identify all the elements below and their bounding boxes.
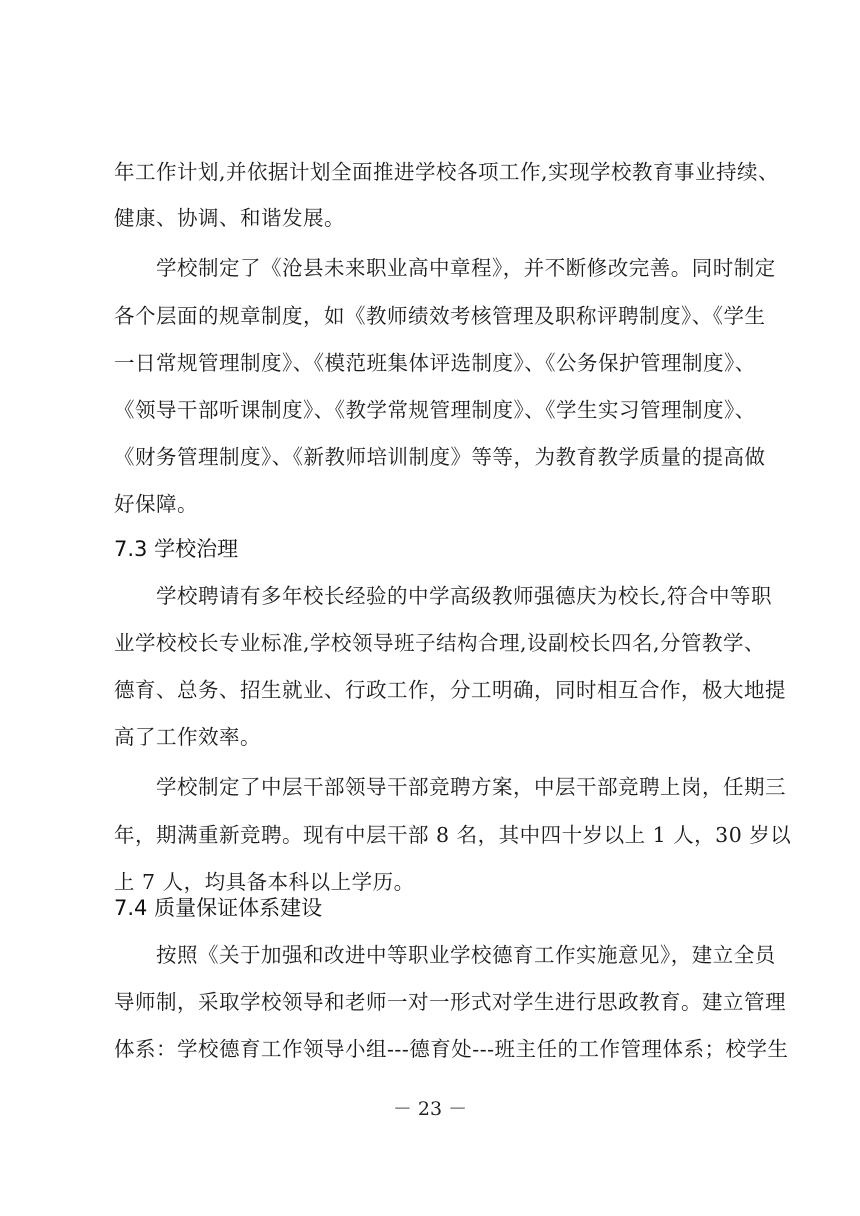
section-heading-7-4: 7.4 质量保证体系建设 — [114, 892, 322, 924]
paragraph-line: 各个层面的规章制度，如《教师绩效考核管理及职称评聘制度》、《学生 — [114, 301, 754, 331]
paragraph-line: 《财务管理制度》、《新教师培训制度》等等，为教育教学质量的提高做 — [114, 442, 754, 472]
paragraph-line: 一日常规管理制度》、《模范班集体评选制度》、《公务保护管理制度》、 — [114, 348, 754, 378]
paragraph-line: 学校制定了《沧县未来职业高中章程》，并不断修改完善。同时制定 — [156, 253, 754, 283]
section-heading-7-3: 7.3 学校治理 — [114, 533, 238, 565]
document-page: 年工作计划,并依据计划全面推进学校各项工作,实现学校教育事业持续、 健康、协调、… — [0, 0, 860, 1216]
paragraph-line: 《领导干部听课制度》、《教学常规管理制度》、《学生实习管理制度》、 — [114, 395, 754, 425]
paragraph-line: 年，期满重新竞聘。现有中层干部 8 名，其中四十岁以上 1 人，30 岁以 — [114, 820, 754, 850]
paragraph-line: 业学校校长专业标准,学校领导班子结构合理,设副校长四名,分管教学、 — [114, 628, 754, 658]
paragraph-line: 好保障。 — [114, 489, 754, 519]
paragraph-line: 按照《关于加强和改进中等职业学校德育工作实施意见》，建立全员 — [156, 940, 754, 970]
paragraph-line: 健康、协调、和谐发展。 — [114, 203, 754, 233]
paragraph-line: 高了工作效率。 — [114, 722, 754, 752]
paragraph-line: 学校聘请有多年校长经验的中学高级教师强德庆为校长,符合中等职 — [156, 581, 754, 611]
paragraph-line: 德育、总务、招生就业、行政工作，分工明确，同时相互合作，极大地提 — [114, 675, 754, 705]
paragraph-line: 体系：学校德育工作领导小组---德育处---班主任的工作管理体系；校学生 — [114, 1034, 754, 1064]
page-number: － 23 － — [0, 1096, 860, 1122]
paragraph-line: 导师制，采取学校领导和老师一对一形式对学生进行思政教育。建立管理 — [114, 987, 754, 1017]
paragraph-line: 年工作计划,并依据计划全面推进学校各项工作,实现学校教育事业持续、 — [114, 157, 754, 187]
paragraph-line: 学校制定了中层干部领导干部竞聘方案，中层干部竞聘上岗，任期三 — [156, 772, 754, 802]
